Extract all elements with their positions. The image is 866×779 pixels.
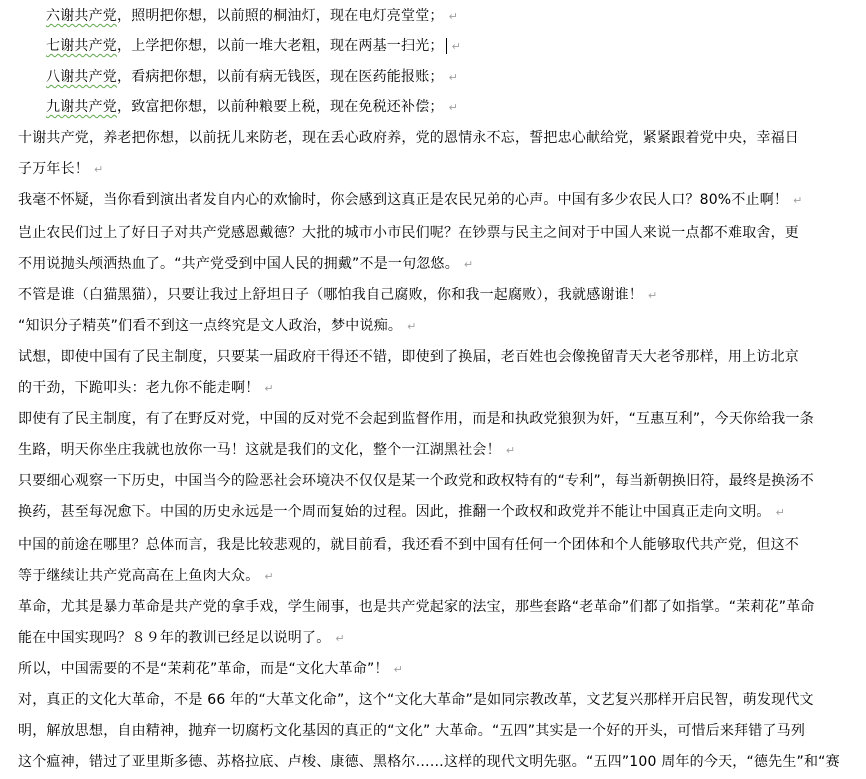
paragraph-mark-icon: ↵ <box>506 444 515 457</box>
paragraph-line: 等于继续让共产党高高在上鱼肉大众。↵ <box>18 564 274 588</box>
paragraph-line: 明，解放思想，自由精神，抛弃一切腐朽文化基因的真正的“文化” 大革命。“五四”其… <box>18 719 805 743</box>
paragraph-line: 的干劲，下跪叩头：老九你不能走啊！↵ <box>18 376 274 400</box>
line-text: 对，真正的文化大革命，不是 66 年的“大革文化命”，这个“文化大革命”是如同宗… <box>18 692 814 708</box>
paragraph-mark-icon: ↵ <box>449 10 458 23</box>
grammar-flag: 七谢共产党 <box>46 38 117 54</box>
line-text: ，上学把你想，以前一堆大老粗，现在两基一扫光； <box>117 38 444 54</box>
paragraph-mark-icon: ↵ <box>264 382 273 395</box>
line-text: ，致富把你想，以前种粮要上税，现在免税还补偿； <box>117 99 444 115</box>
line-text: 生路，明天你坐庄我就也放你一马！这就是我们的文化，整个一江湖黑社会！ <box>18 442 501 458</box>
paragraph-line: 能在中国实现吗？８９年的教训已经足以说明了。↵ <box>18 626 345 650</box>
paragraph-line: 这个瘟神，错过了亚里斯多德、苏格拉底、卢梭、康德、黑格尔……这样的现代文明先驱。… <box>18 750 840 774</box>
paragraph-line: 不用说抛头颅洒热血了。“共产党受到中国人民的拥戴”不是一句忽悠。↵ <box>18 252 473 276</box>
paragraph-line: 八谢共产党，看病把你想，以前有病无钱医，现在医药能报账；↵ <box>46 65 458 89</box>
line-text: 十谢共产党，养老把你想，以前抚儿来防老，现在丢心政府养，党的恩情永不忘，誓把忠心… <box>18 130 799 146</box>
paragraph-mark-icon: ↵ <box>449 71 458 84</box>
paragraph-line: 九谢共产党，致富把你想，以前种粮要上税，现在免税还补偿；↵ <box>46 95 458 119</box>
line-text: 这个瘟神，错过了亚里斯多德、苏格拉底、卢梭、康德、黑格尔……这样的现代文明先驱。… <box>18 754 840 770</box>
paragraph-line: 革命，尤其是暴力革命是共产党的拿手戏，学生闹事，也是共产党起家的法宝，那些套路“… <box>18 595 815 619</box>
paragraph-mark-icon: ↵ <box>776 506 785 519</box>
paragraph-mark-icon: ↵ <box>407 320 416 333</box>
line-text: 革命，尤其是暴力革命是共产党的拿手戏，学生闹事，也是共产党起家的法宝，那些套路“… <box>18 599 815 615</box>
paragraph-mark-icon: ↵ <box>793 194 802 207</box>
line-text: 不管是谁（白猫黑猫），只要让我过上舒坦日子（哪怕我自己腐败，你和我一起腐败），我… <box>18 287 643 303</box>
grammar-flag: 九谢共产党 <box>46 99 117 115</box>
paragraph-mark-icon: ↵ <box>264 570 273 583</box>
paragraph-line: 所以，中国需要的不是“茉莉花”革命，而是“文化大革命”！↵ <box>18 657 403 681</box>
line-text: “知识分子精英”们看不到这一点终究是文人政治，梦中说痴。 <box>18 318 402 334</box>
paragraph-line: 十谢共产党，养老把你想，以前抚儿来防老，现在丢心政府养，党的恩情永不忘，誓把忠心… <box>18 126 799 150</box>
line-text: 即使有了民主制度，有了在野反对党，中国的反对党不会起到监督作用，而是和执政党狼狈… <box>18 411 814 427</box>
line-text: 换药，甚至每况愈下。中国的历史永远是一个周而复始的过程。因此，推翻一个政权和政党… <box>18 504 771 520</box>
paragraph-line: 试想，即使中国有了民主制度，只要某一届政府干得还不错，即使到了换届，老百姓也会像… <box>18 345 799 369</box>
line-text: 只要细心观察一下历史，中国当今的险恶社会环境决不仅仅是某一个政党和政权特有的“专… <box>18 473 814 489</box>
paragraph-line: 中国的前途在哪里？总体而言，我是比较悲观的，就目前看，我还看不到中国有任何一个团… <box>18 533 799 557</box>
line-text: 岂止农民们过上了好日子对共产党感恩戴德？大批的城市小市民们呢？在钞票与民主之间对… <box>18 225 799 241</box>
paragraph-line: 六谢共产党，照明把你想，以前照的桐油灯，现在电灯亮堂堂；↵ <box>46 4 458 28</box>
line-text: 试想，即使中国有了民主制度，只要某一届政府干得还不错，即使到了换届，老百姓也会像… <box>18 349 799 365</box>
grammar-flag: 六谢共产党 <box>46 8 117 24</box>
line-text: ，照明把你想，以前照的桐油灯，现在电灯亮堂堂； <box>117 8 444 24</box>
paragraph-line: 我毫不怀疑，当你看到演出者发自内心的欢愉时，你会感到这真正是农民兄弟的心声。中国… <box>18 188 803 212</box>
paragraph-line: “知识分子精英”们看不到这一点终究是文人政治，梦中说痴。↵ <box>18 314 417 338</box>
paragraph-line: 生路，明天你坐庄我就也放你一马！这就是我们的文化，整个一江湖黑社会！↵ <box>18 438 515 462</box>
line-text: 所以，中国需要的不是“茉莉花”革命，而是“文化大革命”！ <box>18 661 389 677</box>
line-text: 不用说抛头颅洒热血了。“共产党受到中国人民的拥戴”不是一句忽悠。 <box>18 256 459 272</box>
line-text: 能在中国实现吗？８９年的教训已经足以说明了。 <box>18 630 330 646</box>
line-text: ，看病把你想，以前有病无钱医，现在医药能报账； <box>117 69 444 85</box>
grammar-flag: 八谢共产党 <box>46 69 117 85</box>
line-text: 等于继续让共产党高高在上鱼肉大众。 <box>18 568 259 584</box>
paragraph-mark-icon: ↵ <box>464 258 473 271</box>
paragraph-mark-icon: ↵ <box>94 163 103 176</box>
paragraph-line: 七谢共产党，上学把你想，以前一堆大老粗，现在两基一扫光；↵ <box>46 34 461 58</box>
paragraph-mark-icon: ↵ <box>394 663 403 676</box>
paragraph-line: 换药，甚至每况愈下。中国的历史永远是一个周而复始的过程。因此，推翻一个政权和政党… <box>18 500 785 524</box>
paragraph-line: 不管是谁（白猫黑猫），只要让我过上舒坦日子（哪怕我自己腐败，你和我一起腐败），我… <box>18 283 657 307</box>
line-text: 中国的前途在哪里？总体而言，我是比较悲观的，就目前看，我还看不到中国有任何一个团… <box>18 537 799 553</box>
paragraph-line: 岂止农民们过上了好日子对共产党感恩戴德？大批的城市小市民们呢？在钞票与民主之间对… <box>18 221 799 245</box>
paragraph-line: 即使有了民主制度，有了在野反对党，中国的反对党不会起到监督作用，而是和执政党狼狈… <box>18 407 814 431</box>
line-text: 的干劲，下跪叩头：老九你不能走啊！ <box>18 380 259 396</box>
paragraph-line: 对，真正的文化大革命，不是 66 年的“大革文化命”，这个“文化大革命”是如同宗… <box>18 688 814 712</box>
line-text: 明，解放思想，自由精神，抛弃一切腐朽文化基因的真正的“文化” 大革命。“五四”其… <box>18 723 805 739</box>
paragraph-line: 子万年长！↵ <box>18 157 103 181</box>
paragraph-line: 只要细心观察一下历史，中国当今的险恶社会环境决不仅仅是某一个政党和政权特有的“专… <box>18 469 814 493</box>
line-text: 子万年长！ <box>18 161 89 177</box>
paragraph-mark-icon: ↵ <box>648 289 657 302</box>
paragraph-mark-icon: ↵ <box>335 632 344 645</box>
paragraph-mark-icon: ↵ <box>452 40 461 53</box>
paragraph-mark-icon: ↵ <box>449 101 458 114</box>
line-text: 我毫不怀疑，当你看到演出者发自内心的欢愉时，你会感到这真正是农民兄弟的心声。中国… <box>18 192 788 208</box>
text-cursor <box>446 38 447 54</box>
